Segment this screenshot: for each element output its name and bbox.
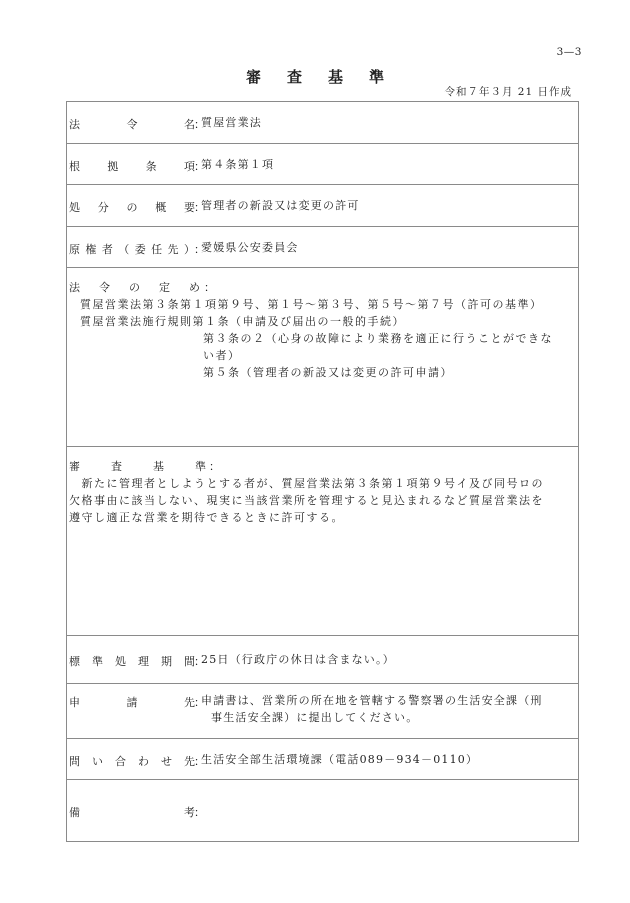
label-contact: 問 い 合 わ せ 先 [69, 753, 195, 769]
criteria-table: 法 令 名 ： 質屋営業法 根 拠 条 項 ： 第４条第１項 処 分 の 概 要… [66, 101, 579, 842]
provision-subline: 第５条（管理者の新設又は変更の許可申請） [69, 364, 572, 381]
label-law-name: 法 令 名 [69, 116, 195, 132]
label-char: 期 [161, 653, 172, 669]
label-char: 法 [69, 116, 80, 132]
row-remarks: 備 考 ： [67, 780, 578, 840]
title-char: 準 [369, 66, 384, 87]
value-authority: 愛媛県公安委員会 [201, 239, 572, 256]
criteria-block: 審 査 基 準： 新たに管理者としようとする者が、質屋営業法第３条第１項第９号イ… [69, 458, 572, 526]
row-processing-period: 標 準 処 理 期 間 ： 25日（行政庁の休日は含まない。） [67, 636, 578, 684]
label-char: 準 [92, 653, 103, 669]
label-processing-period: 標 準 処 理 期 間 [69, 653, 195, 669]
label-char: 令 [127, 116, 138, 132]
label-char: 備 [69, 804, 80, 820]
row-criteria: 審 査 基 準： 新たに管理者としようとする者が、質屋営業法第３条第１項第９号イ… [67, 447, 578, 636]
label-char: せ [161, 753, 172, 769]
title-char: 査 [287, 66, 302, 87]
value-application-to: 申請書は、営業所の所在地を管轄する警察署の生活安全課（刑 事生活安全課）に提出し… [201, 692, 572, 726]
label-char: 処 [115, 653, 126, 669]
label-char: 分 [98, 199, 109, 215]
label-application-to: 申 請 先 [69, 694, 195, 710]
provision-line: 質屋営業法施行規則第１条（申請及び届出の一般的手続） [69, 313, 572, 330]
row-authority: 原 権 者 （ 委 任 先 ） ： 愛媛県公安委員会 [67, 227, 578, 268]
value-contact: 生活安全部生活環境課（電話089－934－0110） [201, 751, 572, 768]
label-char: 概 [155, 199, 166, 215]
label-char: の [127, 199, 138, 215]
label-char: 任 [151, 241, 162, 257]
label-char: 根 [69, 158, 80, 174]
label-char: （ [118, 241, 129, 257]
application-line: 事生活安全課）に提出してください。 [201, 709, 572, 726]
row-law-name: 法 令 名 ： 質屋営業法 [67, 102, 578, 144]
label-char: 権 [85, 241, 96, 257]
created-date: 令和７年３月 21 日作成 [444, 84, 572, 99]
label-summary: 処 分 の 概 要 [69, 199, 195, 215]
label-char: 条 [146, 158, 157, 174]
label-char: 問 [69, 753, 80, 769]
value-summary: 管理者の新設又は変更の許可 [201, 197, 572, 214]
label-char: い [92, 753, 103, 769]
label-provisions: 法 令 の 定 め： [69, 279, 572, 296]
value-law-name: 質屋営業法 [201, 114, 572, 131]
provision-subline: い者） [69, 347, 572, 364]
row-provisions: 法 令 の 定 め： 質屋営業法第３条第１項第９号、第１号～第３号、第５号～第７… [67, 268, 578, 447]
title-char: 審 [246, 66, 261, 87]
label-basis: 根 拠 条 項 [69, 158, 195, 174]
label-char: 合 [115, 753, 126, 769]
row-application-to: 申 請 先 ： 申請書は、営業所の所在地を管轄する警察署の生活安全課（刑 事生活… [67, 684, 578, 739]
criteria-line: 遵守し適正な営業を期待できるときに許可する。 [69, 509, 572, 526]
provision-line: 質屋営業法第３条第１項第９号、第１号～第３号、第５号～第７号（許可の基準） [69, 296, 572, 313]
value-basis: 第４条第１項 [201, 156, 572, 173]
criteria-line: 欠格事由に該当しない、現実に当該営業所を管理すると見込まれるなど質屋営業法を [69, 492, 572, 509]
row-basis: 根 拠 条 項 ： 第４条第１項 [67, 144, 578, 185]
colon: ： [194, 804, 205, 820]
label-remarks: 備 考 [69, 804, 195, 820]
page-number: 3—3 [557, 46, 582, 58]
application-line: 申請書は、営業所の所在地を管轄する警察署の生活安全課（刑 [201, 692, 572, 709]
title-char: 基 [328, 66, 343, 87]
provision-subline: 第３条の２（心身の故障により業務を適正に行うことができな [69, 330, 572, 347]
label-char: 理 [138, 653, 149, 669]
label-char: 処 [69, 199, 80, 215]
label-char: 原 [69, 241, 80, 257]
criteria-line: 新たに管理者としようとする者が、質屋営業法第３条第１項第９号イ及び同号ロの [69, 475, 572, 492]
label-char: 請 [127, 694, 138, 710]
label-char: 先 [168, 241, 179, 257]
label-char: 者 [102, 241, 113, 257]
label-char: 委 [135, 241, 146, 257]
label-criteria: 審 査 基 準： [69, 458, 572, 475]
label-char: 標 [69, 653, 80, 669]
value-processing-period: 25日（行政庁の休日は含まない。） [201, 651, 572, 668]
label-authority: 原 権 者 （ 委 任 先 ） [69, 241, 195, 257]
row-summary: 処 分 の 概 要 ： 管理者の新設又は変更の許可 [67, 185, 578, 227]
provisions-block: 法 令 の 定 め： 質屋営業法第３条第１項第９号、第１号～第３号、第５号～第７… [69, 279, 572, 381]
label-char: わ [138, 753, 149, 769]
label-char: 拠 [107, 158, 118, 174]
row-contact: 問 い 合 わ せ 先 ： 生活安全部生活環境課（電話089－934－0110） [67, 739, 578, 780]
label-char: 申 [69, 694, 80, 710]
